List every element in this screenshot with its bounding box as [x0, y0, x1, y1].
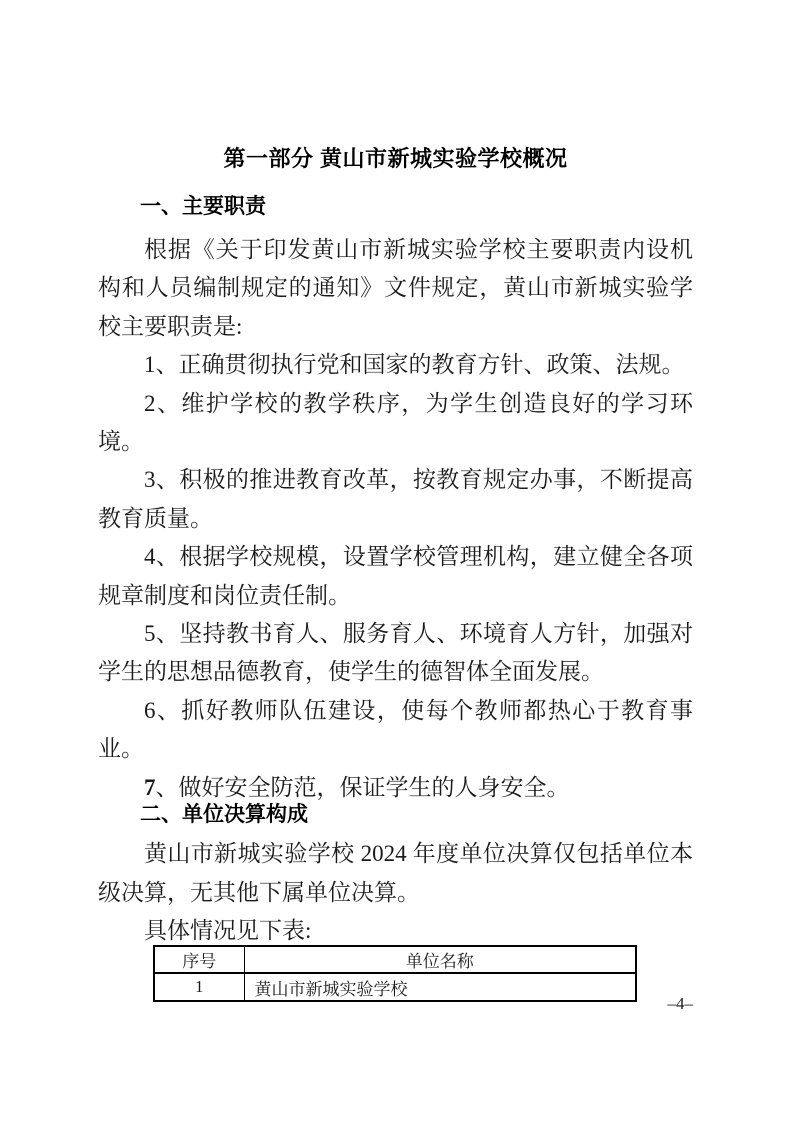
duty-item-6: 6、抓好教师队伍建设，使每个教师都热心于教育事业。 [98, 692, 693, 769]
table-cell-index: 1 [154, 973, 244, 1001]
duty-item-5: 5、坚持教书育人、服务育人、环境育人方针，加强对学生的思想品德教育，使学生的德智… [98, 615, 693, 692]
table-header-index: 序号 [154, 946, 244, 973]
document-page: 第一部分 黄山市新城实验学校概况 一、主要职责 根据《关于印发黄山市新城实验学校… [0, 0, 793, 1122]
duty-item-7-number: 7 [144, 775, 156, 800]
intro-paragraph: 根据《关于印发黄山市新城实验学校主要职责内设机构和人员编制规定的通知》文件规定，… [98, 231, 693, 346]
section1-heading: 一、主要职责 [98, 191, 693, 223]
page-title: 第一部分 黄山市新城实验学校概况 [98, 144, 693, 174]
duty-item-2: 2、维护学校的教学秩序，为学生创造良好的学习环境。 [98, 385, 693, 462]
unit-table: 序号 单位名称 1 黄山市新城实验学校 [153, 945, 637, 1002]
page-number: –4– [668, 994, 694, 1014]
table-cell-unit-name: 黄山市新城实验学校 [244, 973, 636, 1001]
duty-item-3: 3、积极的推进教育改革，按教育规定办事，不断提高教育质量。 [98, 461, 693, 538]
table-row: 1 黄山市新城实验学校 [154, 973, 636, 1001]
duty-item-7-text: 、做好安全防范，保证学生的人身安全。 [156, 775, 570, 800]
table-header-row: 序号 单位名称 [154, 946, 636, 973]
budget-composition-paragraph: 黄山市新城实验学校 2024 年度单位决算仅包括单位本级决算，无其他下属单位决算… [98, 835, 693, 912]
duty-item-4: 4、根据学校规模，设置学校管理机构，建立健全各项规章制度和岗位责任制。 [98, 538, 693, 615]
duty-item-1: 1、正确贯彻执行党和国家的教育方针、政策、法规。 [98, 346, 693, 384]
table-header-unit-name: 单位名称 [244, 946, 636, 973]
